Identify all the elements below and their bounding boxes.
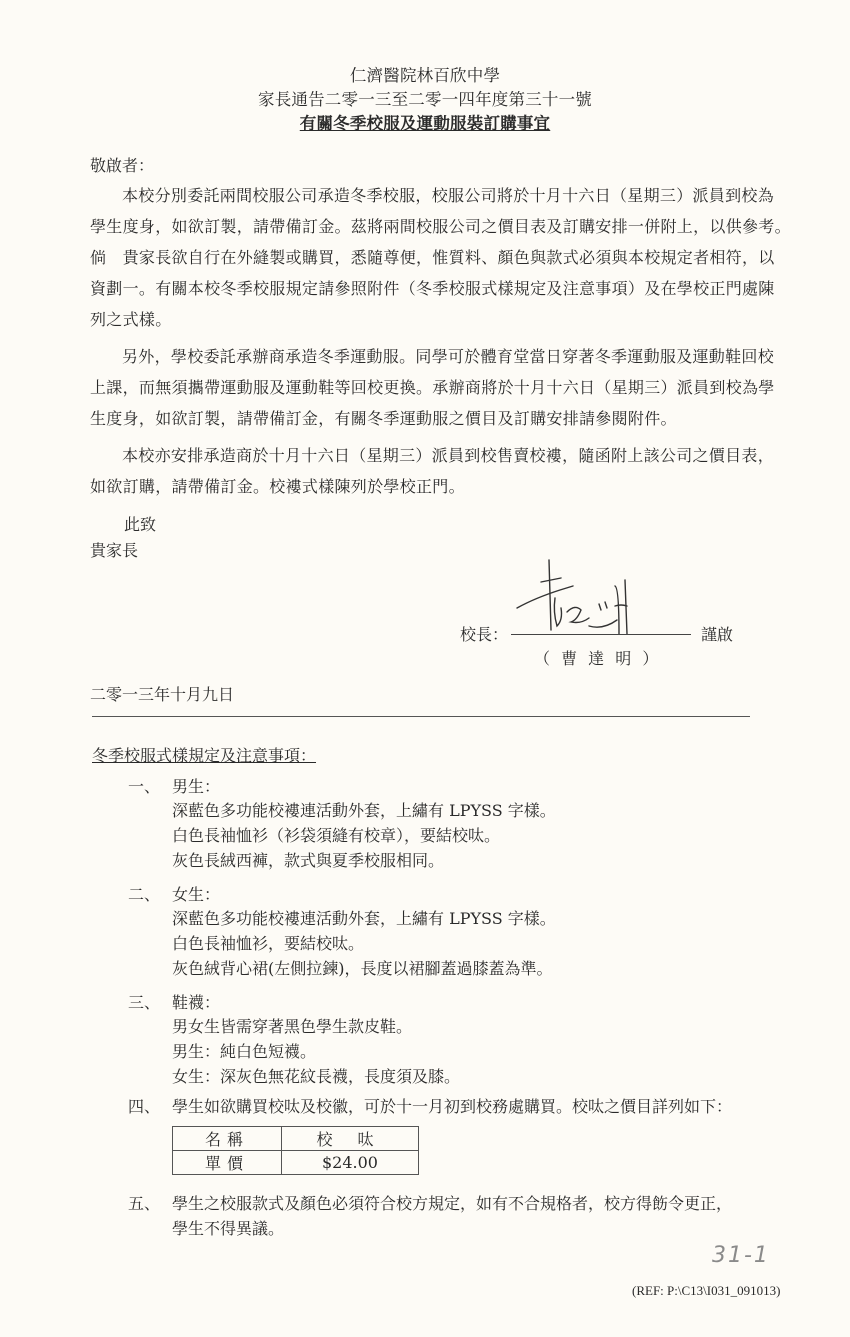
list-item: 深藍色多功能校褸連活動外套，上繡有 LPYSS 字樣。 [172,906,556,929]
section-number: 五、 [128,1191,160,1214]
list-item: 白色長袖恤衫，要結校呔。 [172,931,364,954]
table-row: 單價 $24.00 [173,1151,419,1175]
list-item: 男女生皆需穿著黑色學生款皮鞋。 [172,1014,412,1037]
section-number: 一、 [128,774,160,797]
section-number: 四、 [128,1094,160,1117]
section-title-shoes-socks: 鞋襪： [172,990,220,1013]
paragraph-line: 列之式樣。 [90,304,790,335]
paragraph-line: 學生度身，如欲訂製，請帶備訂金。茲將兩間校服公司之價目表及訂購安排一併附上，以供… [90,211,790,242]
table-header-name: 名稱 [173,1127,282,1151]
list-item: 灰色絨背心裙(左側拉鍊)，長度以裙腳蓋過膝蓋為準。 [172,956,553,979]
salutation: 敬啟者： [90,153,154,176]
table-label-unit-price: 單價 [173,1151,282,1175]
handwritten-page-number: 31-1 [712,1243,770,1268]
section-divider [92,716,750,717]
school-name: 仁濟醫院林百欣中學 [0,62,850,86]
reference-code: (REF: P:\C13\I031_091013) [632,1283,780,1299]
appendix-heading: 冬季校服式樣規定及注意事項： [92,743,316,766]
section-number: 三、 [128,990,160,1013]
paragraph-line: 資劃一。有關本校冬季校服規定請參照附件（冬季校服式樣規定及注意事項）及在學校正門… [90,273,790,304]
list-item: 灰色長絨西褲，款式與夏季校服相同。 [172,848,444,871]
closing-line: 此致 [124,512,156,535]
paragraph-line: 如欲訂購，請帶備訂金。校褸式樣陳列於學校正門。 [90,471,790,502]
signature-line [511,634,691,635]
paragraph-line: 生度身，如欲訂製，請帶備訂金，有關冬季運動服之價目及訂購安排請參閱附件。 [90,403,790,434]
list-item: 女生：深灰色無花紋長襪，長度須及膝。 [172,1064,460,1087]
table-row: 名稱 校 呔 [173,1127,419,1151]
paragraph-line: 倘 貴家長欲自行在外縫製或購買，悉隨尊便，惟質料、顏色與款式必須與本校規定者相符… [90,242,790,273]
closing-recipient: 貴家長 [90,538,138,561]
paragraph-line: 上課，而無須攜帶運動服及運動鞋等回校更換。承辦商將於十月十六日（星期三）派員到校… [90,372,790,403]
document-title: 有關冬季校服及運動服裝訂購事宜 [0,110,850,134]
list-item: 深藍色多功能校褸連活動外套，上繡有 LPYSS 字樣。 [172,798,556,821]
principal-name: （ 曹 達 明 ） [534,646,661,669]
paragraph-uniform-orders: 本校分別委託兩間校服公司承造冬季校服，校服公司將於十月十六日（星期三）派員到校為… [90,180,790,335]
list-item: 學生不得異議。 [172,1216,284,1239]
paragraph-line: 本校亦安排承造商於十月十六日（星期三）派員到校售賣校褸，隨函附上該公司之價目表， [90,440,790,471]
respectfully-label: 謹啟 [701,622,733,645]
notice-date: 二零一三年十月九日 [90,682,234,705]
section-title-girls: 女生： [172,882,220,905]
table-value-price: $24.00 [282,1151,419,1175]
principal-signature [515,550,655,635]
section-text-tie-purchase: 學生如欲購買校呔及校徽，可於十一月初到校務處購買。校呔之價目詳列如下： [172,1094,732,1117]
paragraph-sportswear: 另外，學校委託承辦商承造冬季運動服。同學可於體育堂當日穿著冬季運動服及運動鞋回校… [90,341,790,434]
paragraph-blazer: 本校亦安排承造商於十月十六日（星期三）派員到校售賣校褸，隨函附上該公司之價目表，… [90,440,790,502]
table-header-tie: 校 呔 [282,1127,419,1151]
notice-number: 家長通告二零一三至二零一四年度第三十一號 [0,86,850,110]
paragraph-line: 另外，學校委託承辦商承造冬季運動服。同學可於體育堂當日穿著冬季運動服及運動鞋回校 [90,341,790,372]
list-item: 白色長袖恤衫（衫袋須縫有校章），要結校呔。 [172,823,500,846]
section-number: 二、 [128,882,160,905]
tie-price-table: 名稱 校 呔 單價 $24.00 [172,1126,419,1175]
list-item: 學生之校服款式及顏色必須符合校方規定，如有不合規格者，校方得飭令更正， [172,1191,732,1214]
principal-label: 校長： [460,622,508,645]
list-item: 男生：純白色短襪。 [172,1039,316,1062]
paragraph-line: 本校分別委託兩間校服公司承造冬季校服，校服公司將於十月十六日（星期三）派員到校為 [90,180,790,211]
section-title-boys: 男生： [172,774,220,797]
